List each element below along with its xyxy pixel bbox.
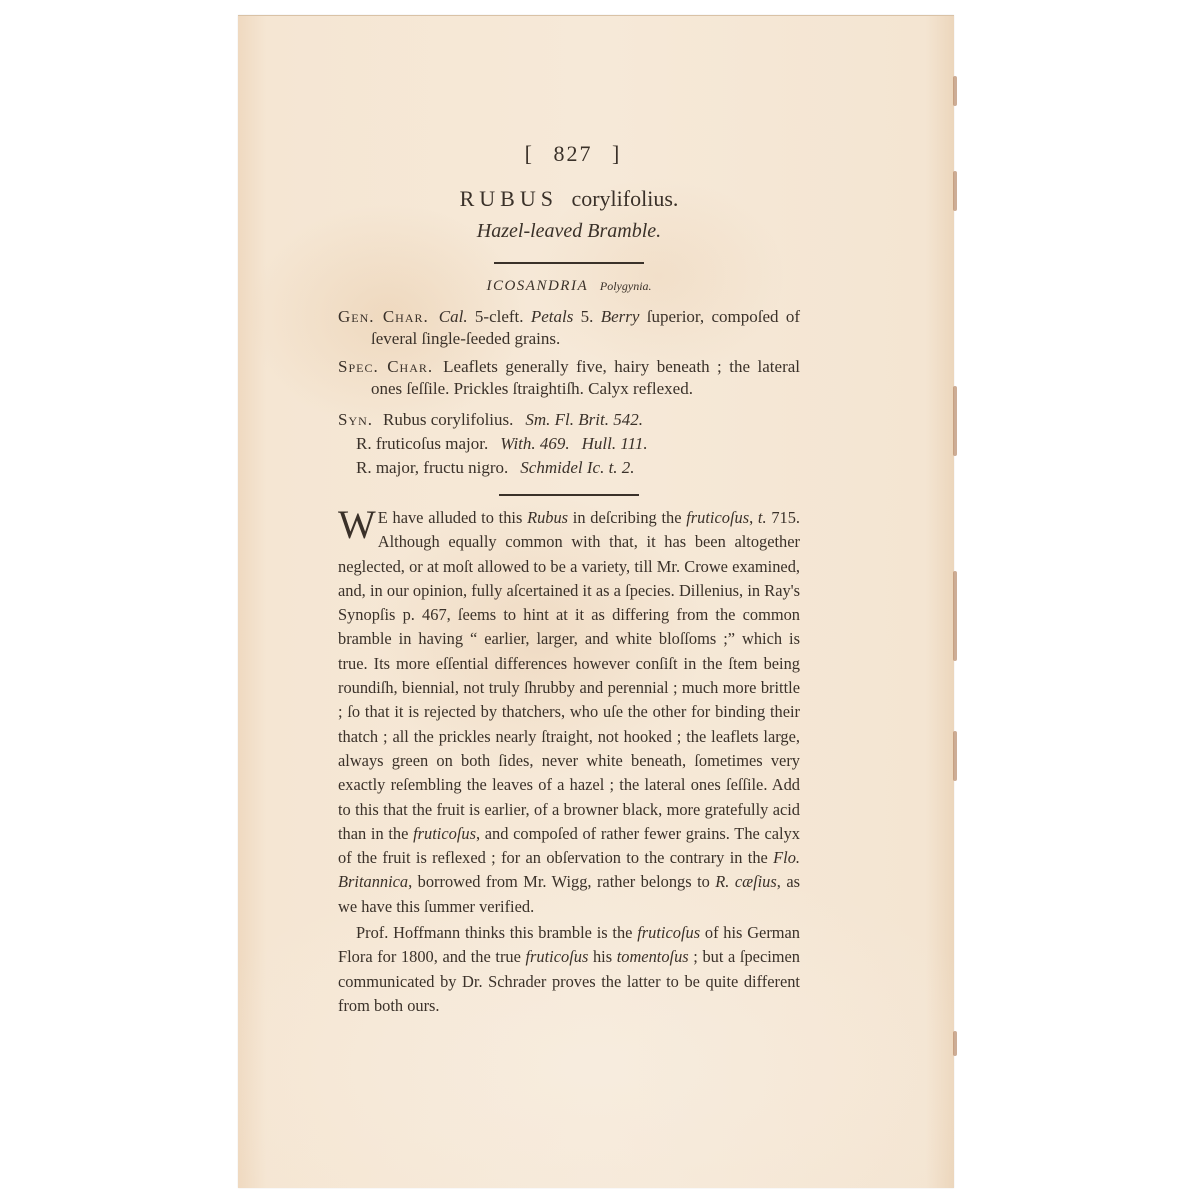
order-name: Polygynia. [600, 279, 652, 293]
bracket-close: ] [612, 141, 621, 166]
text-run: , borrowed from Mr. Wigg, rather belongs… [408, 872, 715, 891]
synonym-name: Rubus corylifolius. [383, 410, 513, 429]
description-text: WE have alluded to this Rubus in deſcrib… [338, 506, 800, 1018]
synonym-entry: R. fruticoſus major.With. 469.Hull. 111. [338, 432, 800, 456]
synonyms: Syn.Rubus corylifolius.Sm. Fl. Brit. 542… [338, 408, 800, 480]
species-epithet: corylifolius. [571, 186, 678, 211]
page-edge-stain [953, 386, 957, 456]
class-name: ICOSANDRIA [486, 278, 588, 294]
italic-text: fruticoſus [686, 508, 749, 527]
text-run: 5-cleft. [468, 307, 531, 326]
italic-text: fruticoſus [413, 824, 476, 843]
synonym-reference: Sm. Fl. Brit. 542. [525, 410, 643, 429]
divider-rule [494, 262, 644, 264]
specific-character-text: Leaflets generally five, hairy beneath ;… [371, 357, 800, 398]
italic-text: fruticoſus [526, 947, 589, 966]
page-edge-stain [953, 731, 957, 781]
species-title: RUBUS corylifolius. [338, 186, 800, 216]
synonym-entry: Syn.Rubus corylifolius.Sm. Fl. Brit. 542… [338, 408, 800, 432]
common-name: Hazel-leaved Bramble. [338, 220, 800, 248]
drop-cap: W [338, 508, 376, 542]
paragraph: Prof. Hoffmann thinks this bramble is th… [338, 921, 800, 1018]
synonym-reference: Schmidel Ic. t. 2. [520, 458, 634, 477]
synonym-name: R. major, fructu nigro. [356, 458, 508, 477]
italic-text: Rubus [527, 508, 568, 527]
italic-text: t. [758, 508, 767, 527]
book-page: [ 827 ] RUBUS corylifolius. Hazel-leaved… [238, 15, 954, 1188]
generic-character-label: Gen. Char. [338, 307, 429, 326]
genus-name: RUBUS [460, 186, 558, 211]
synonym-reference: With. 469. [500, 434, 569, 453]
italic-text: Cal. [439, 307, 468, 326]
synonyms-label: Syn. [338, 410, 373, 429]
text-run: Prof. Hoffmann thinks this bramble is th… [356, 923, 637, 942]
divider-rule [499, 494, 639, 496]
italic-text: tomentoſus [617, 947, 689, 966]
page-number: [ 827 ] [346, 136, 800, 172]
bracket-open: [ [525, 141, 534, 166]
generic-character: Gen. Char.Cal. 5-cleft. Petals 5. Berry … [338, 306, 800, 350]
page-edge-stain [953, 76, 957, 106]
page-edge-stain [953, 171, 957, 211]
text-run: 715. Although equally common with that, … [338, 508, 800, 843]
page-edge-stain [953, 571, 957, 661]
page-number-value: 827 [554, 141, 593, 166]
italic-text: fruticoſus [637, 923, 700, 942]
page-content: [ 827 ] RUBUS corylifolius. Hazel-leaved… [338, 136, 800, 1018]
italic-text: Petals [531, 307, 574, 326]
synonym-name: R. fruticoſus major. [356, 434, 488, 453]
synonym-reference: Hull. 111. [582, 434, 648, 453]
text-run: in deſcribing the [568, 508, 686, 527]
synonym-entry: R. major, fructu nigro.Schmidel Ic. t. 2… [338, 456, 800, 480]
paragraph: WE have alluded to this Rubus in deſcrib… [338, 506, 800, 919]
italic-text: Berry [601, 307, 640, 326]
page-edge-stain [953, 1031, 957, 1056]
text-run: , [749, 508, 758, 527]
text-run: 5. [573, 307, 600, 326]
text-run: his [588, 947, 616, 966]
generic-character-text: Cal. 5-cleft. Petals 5. Berry ſuperior, … [371, 307, 800, 348]
specific-character: Spec. Char.Leaflets generally five, hair… [338, 356, 800, 400]
linnaean-classification: ICOSANDRIA Polygynia. [338, 278, 800, 300]
italic-text: R. cæſius [715, 872, 776, 891]
text-run: E have alluded to this [378, 508, 527, 527]
specific-character-label: Spec. Char. [338, 357, 433, 376]
